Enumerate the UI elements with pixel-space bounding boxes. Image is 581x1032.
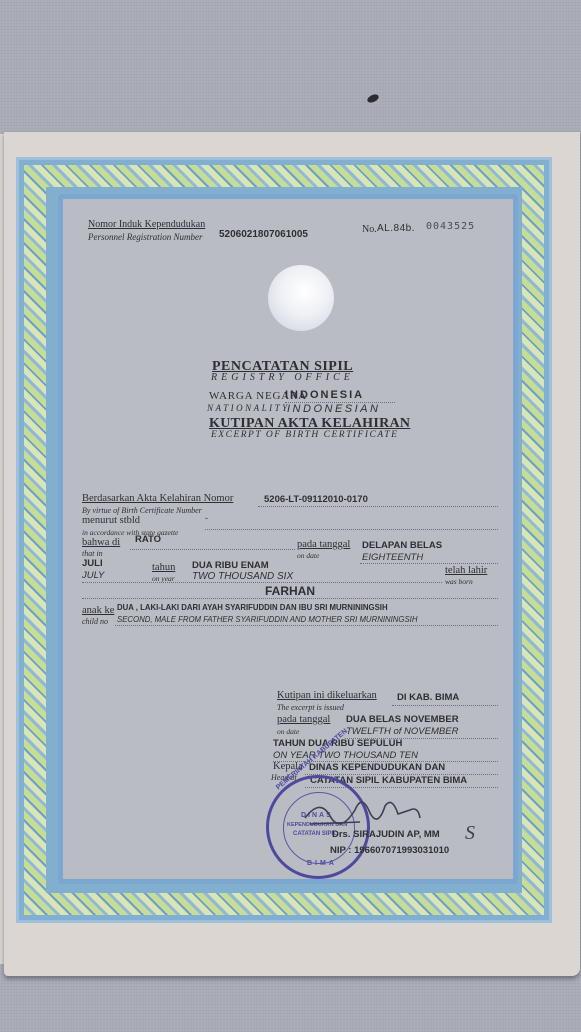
stbld-value: - — [205, 513, 208, 523]
birth-date-value-en: EIGHTEENTH — [362, 552, 423, 563]
nik-label: Nomor Induk Kependudukan — [88, 219, 205, 230]
serial-series: AL.84b. — [377, 223, 415, 234]
cert-no-label: Berdasarkan Akta Kelahiran Nomor — [82, 493, 233, 504]
born-label-en: was born — [445, 577, 473, 586]
birth-year-value-en: TWO THOUSAND SIX — [192, 571, 293, 582]
child-order-line — [115, 625, 498, 626]
issued-line — [392, 705, 498, 706]
place-value: RATO — [135, 534, 161, 545]
nationality-value-en: INDONESIAN — [287, 403, 380, 415]
hologram-seal — [268, 265, 334, 331]
stamp-bottom-text: BIMA — [307, 860, 337, 867]
issue-date-label-en: on date — [277, 727, 299, 736]
child-order-value-en: SECOND, MALE FROM FATHER SYARIFUDDIN AND… — [117, 615, 417, 624]
head-office-line-1: DINAS KEPENDUDUKAN DAN — [309, 762, 445, 773]
nik-value: 5206021807061005 — [219, 229, 308, 240]
document-title-en: EXCERPT OF BIRTH CERTIFICATE — [211, 430, 398, 440]
initial-mark: S — [465, 822, 475, 845]
nik-label-en: Personnel Registration Number — [88, 232, 203, 242]
debris-speck — [366, 93, 380, 104]
official-name: Drs. SIRAJUDIN AP, MM — [332, 829, 440, 840]
issue-date-value: DUA BELAS NOVEMBER — [346, 714, 459, 725]
child-order-label-en: child no — [82, 617, 108, 626]
birth-date-line — [360, 563, 498, 564]
nationality-label-en: NATIONALITY — [207, 403, 290, 413]
birth-date-label: pada tanggal — [297, 539, 350, 550]
issue-date-label: pada tanggal — [277, 714, 330, 725]
issue-date-value-en: TWELFTH of NOVEMBER — [346, 726, 458, 737]
child-order-label: anak ke — [82, 605, 114, 616]
place-label-en: that in — [82, 549, 103, 558]
stbld-label-en: in accordance with state gazette — [82, 528, 178, 537]
issued-label-en: The excerpt is issued — [277, 703, 344, 712]
place-line — [130, 549, 295, 550]
birth-month-value-en: JULY — [82, 570, 104, 581]
birth-date-value: DELAPAN BELAS — [362, 540, 442, 551]
birth-year-value: DUA RIBU ENAM — [192, 560, 269, 571]
birth-year-label: tahun — [152, 562, 175, 573]
child-order-value: DUA , LAKI-LAKI DARI AYAH SYARIFUDDIN DA… — [117, 603, 388, 612]
serial-prefix: No. — [362, 224, 377, 235]
stbld-label: menurut stbld — [82, 515, 140, 526]
child-name-line — [82, 598, 498, 599]
issued-place-value: DI KAB. BIMA — [397, 692, 459, 703]
child-name: FARHAN — [265, 584, 315, 598]
serial-number: 0043525 — [426, 221, 475, 232]
birth-month-value: JULI — [82, 558, 103, 569]
nationality-value: INDONESIA — [285, 389, 364, 401]
issue-year-value-en: ON YEAR TWO THOUSAND TEN — [273, 750, 418, 761]
birth-date-label-en: on date — [297, 551, 319, 560]
stbld-line — [205, 529, 498, 530]
born-label: telah lahir — [445, 565, 487, 576]
official-nip: NIP : 196607071993031010 — [330, 845, 449, 856]
place-label: bahwa di — [82, 537, 120, 548]
office-title-en: REGISTRY OFFICE — [211, 372, 354, 383]
cert-no-value: 5206-LT-09112010-0170 — [264, 494, 368, 505]
birth-year-line — [82, 582, 442, 583]
cert-no-label-en: By virtue of Birth Certificate Number — [82, 506, 202, 515]
cert-no-line — [258, 506, 498, 507]
issued-label: Kutipan ini dikeluarkan — [277, 690, 377, 701]
